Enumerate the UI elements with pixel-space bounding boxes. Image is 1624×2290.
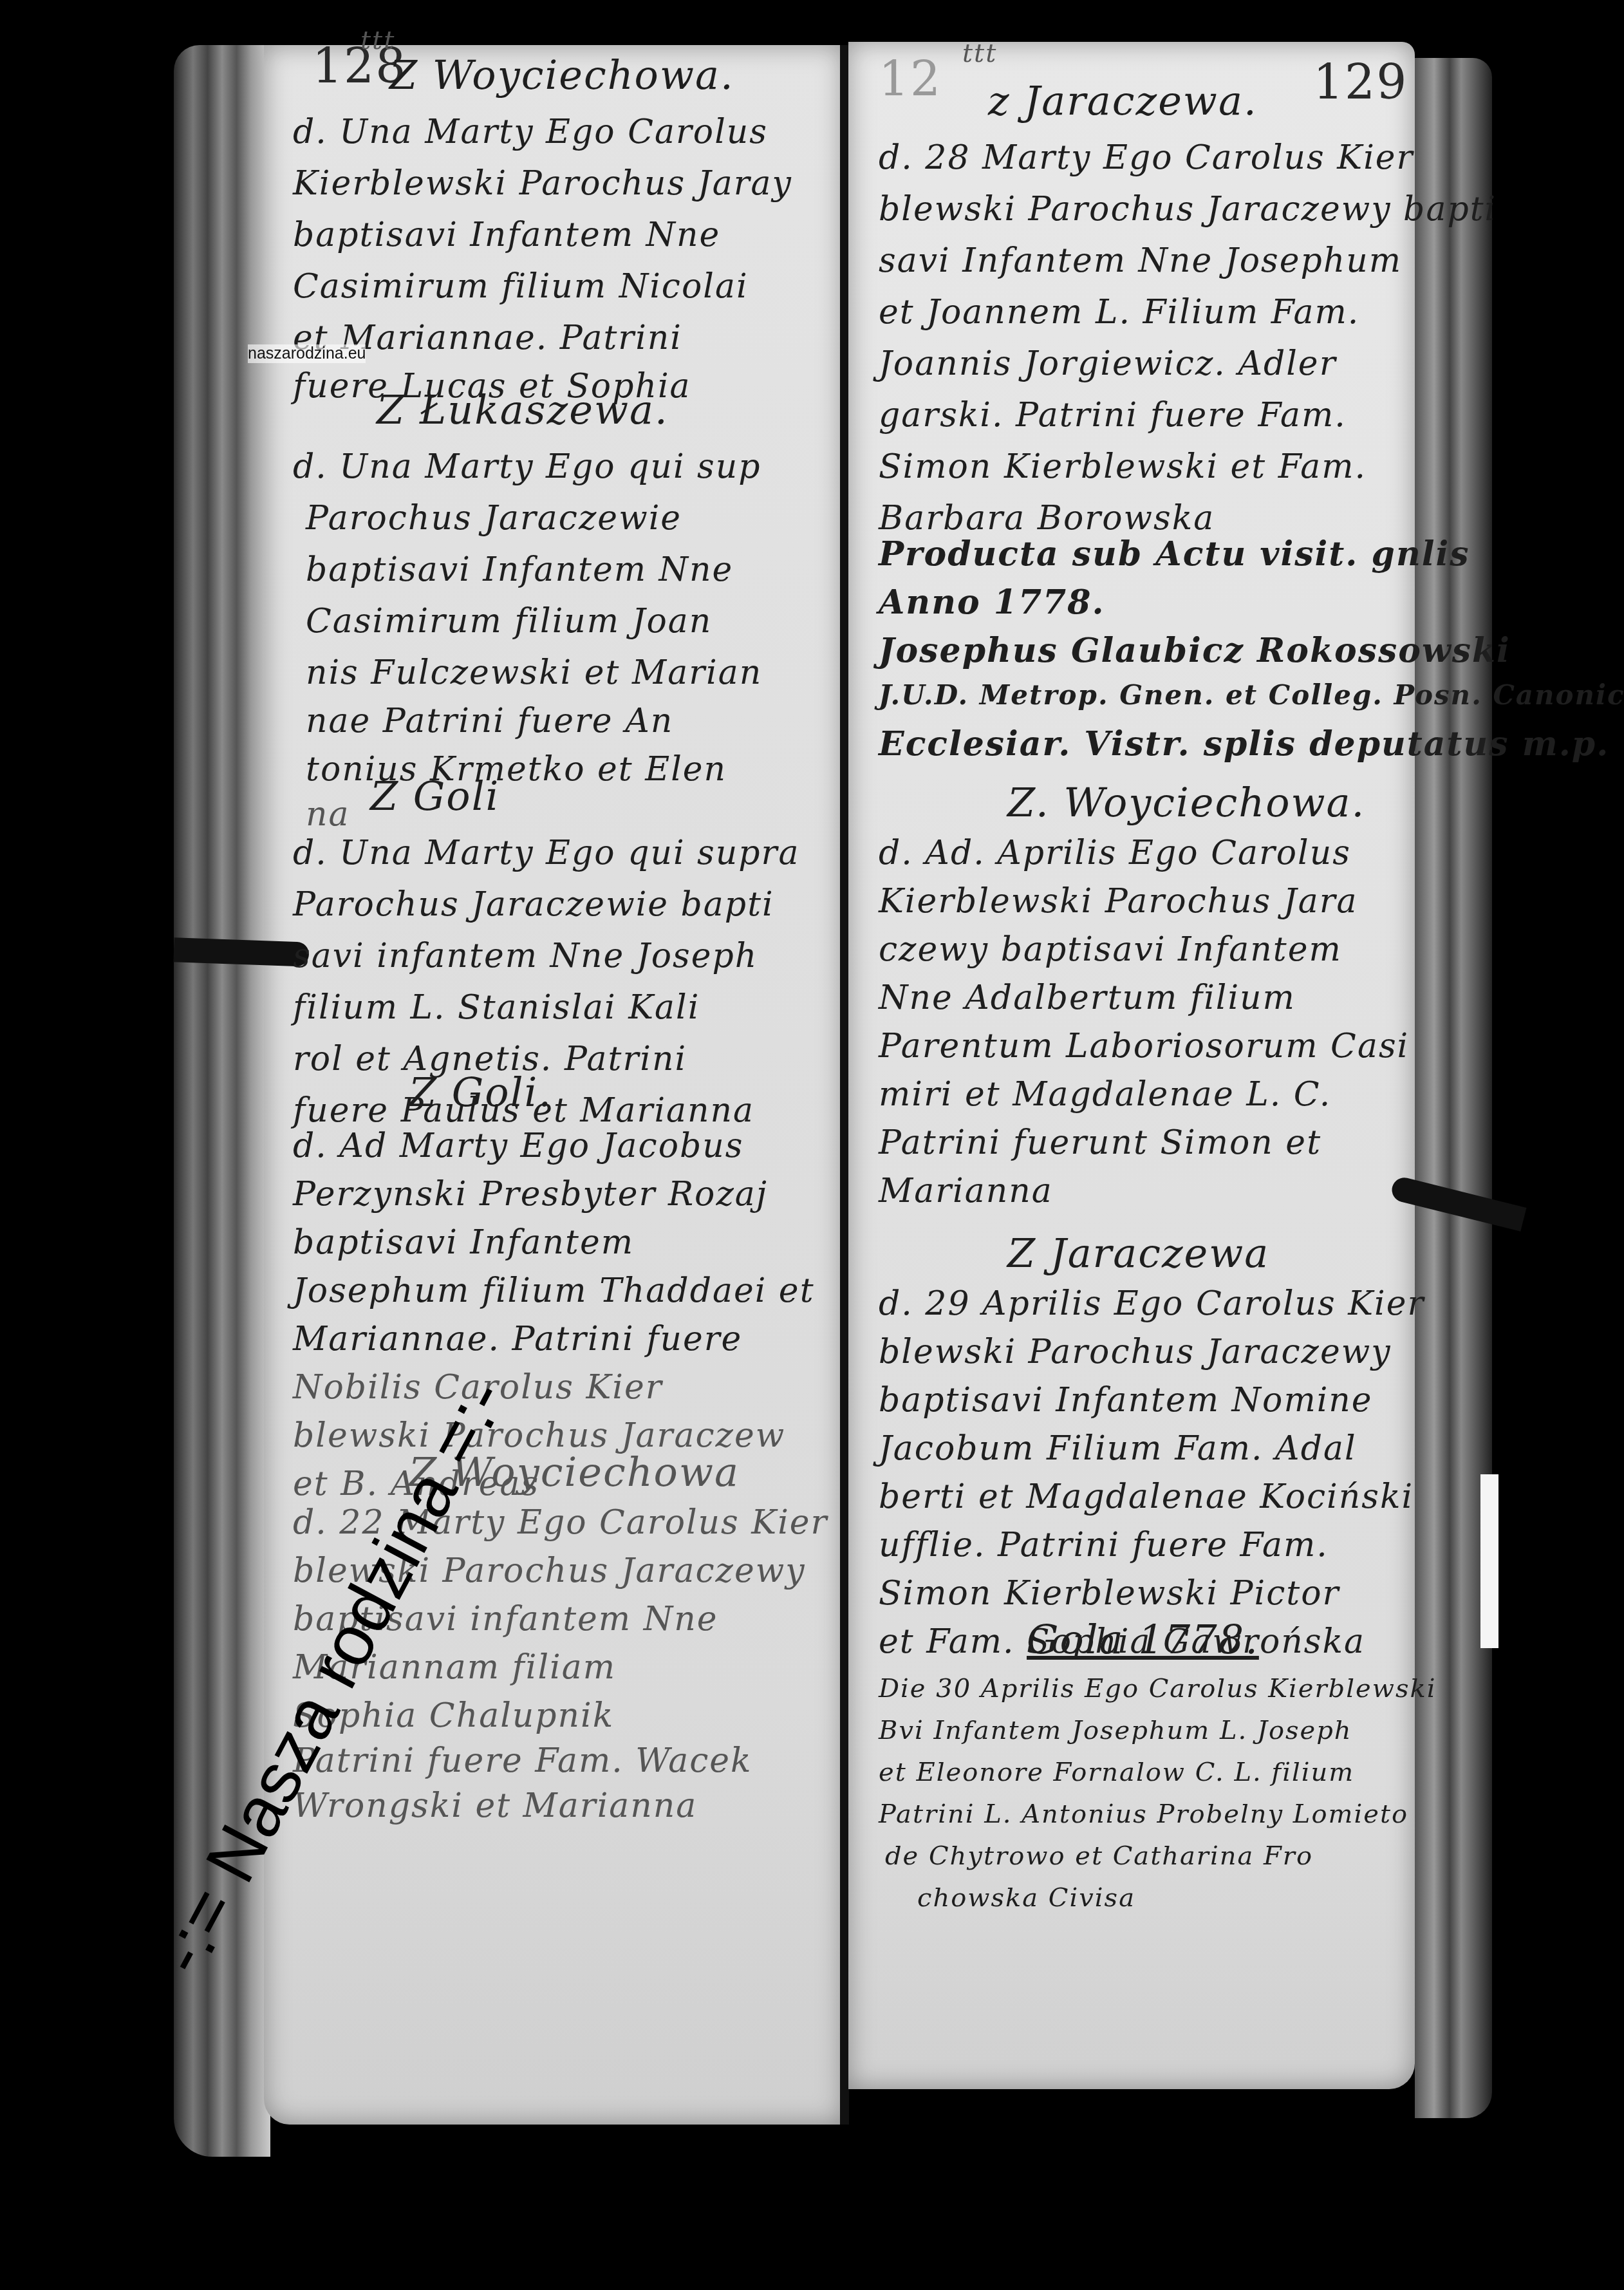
entry-line: Parentum Laboriosorum Casi <box>879 1027 1409 1065</box>
visitation-line: Ecclesiar. Vistr. splis deputatus m.p. <box>879 724 1609 764</box>
entry-line: czewy baptisavi Infantem <box>879 930 1342 969</box>
entry-heading: Z Goli. <box>409 1069 552 1116</box>
top-mark-right: ttt <box>962 39 997 68</box>
entry-line: Parochus Jaraczewie <box>306 499 682 538</box>
entry-line: baptisavi Infantem Nomine <box>879 1381 1373 1420</box>
entry-heading: Z Łukaszewa. <box>377 386 669 433</box>
entry-line: miri et Magdalenae L. C. <box>879 1075 1331 1114</box>
entry-heading: Z Woyciechowa. <box>389 52 734 99</box>
entry-line: Simon Kierblewski Pictor <box>879 1574 1339 1613</box>
entry-line: Barbara Borowska <box>879 499 1215 538</box>
entry-line: garski. Patrini fuere Fam. <box>879 396 1347 435</box>
watermark-site: naszarodzina.eu <box>248 344 366 363</box>
entry-line: Bvi Infantem Josephum L. Joseph <box>879 1716 1352 1745</box>
entry-line: d. Una Marty Ego qui sup <box>293 447 761 486</box>
entry-line: filium L. Stanislai Kali <box>293 988 700 1027</box>
entry-heading: Z. Woyciechowa. <box>1007 779 1365 826</box>
paper-tab <box>1480 1474 1498 1648</box>
entry-line: et Eleonore Fornalow C. L. filium <box>879 1758 1354 1787</box>
entry-line: Patrini fuere Fam. Wacek <box>293 1741 752 1780</box>
visitation-line: Producta sub Actu visit. gnlis <box>879 534 1470 574</box>
entry-line: ufflie. Patrini fuere Fam. <box>879 1526 1329 1564</box>
entry-line: chowska Civisa <box>917 1883 1135 1913</box>
pointer-marker-left <box>173 937 309 966</box>
entry-line: blewski Parochus Jaraczewy <box>879 1333 1392 1371</box>
entry-heading: Gola 1778. <box>1027 1616 1259 1663</box>
entry-line: Casimirum filium Joan <box>306 602 712 641</box>
visitation-line: Josephus Glaubicz Rokossowski <box>879 631 1511 670</box>
entry-line: na <box>306 795 350 834</box>
entry-line: Kierblewski Parochus Jaray <box>293 164 792 203</box>
entry-line: Kierblewski Parochus Jara <box>879 882 1358 921</box>
entry-line: Casimirum filium Nicolai <box>293 267 749 306</box>
entry-line: Simon Kierblewski et Fam. <box>879 447 1367 486</box>
entry-line: berti et Magdalenae Kociński <box>879 1478 1414 1516</box>
entry-line: baptisavi Infantem Nne <box>306 550 733 589</box>
entry-line: Wrongski et Marianna <box>293 1787 697 1825</box>
entry-heading: Z Jaraczewa <box>1007 1230 1269 1277</box>
entry-line: nae Patrini fuere An <box>306 702 673 740</box>
page-number-right: 129 <box>1313 55 1408 110</box>
entry-line: d. Ad. Aprilis Ego Carolus <box>879 834 1351 872</box>
entry-line: Josephum filium Thaddaei et <box>293 1272 815 1310</box>
book-gutter <box>840 45 849 2125</box>
entry-line: Joannis Jorgiewicz. Adler <box>879 344 1337 383</box>
entry-line: Patrini fuerunt Simon et <box>879 1123 1321 1162</box>
entry-line: Marianna <box>879 1172 1053 1210</box>
entry-line: Parochus Jaraczewie bapti <box>293 885 774 924</box>
entry-line: Perzynski Presbyter Rozaj <box>293 1175 768 1214</box>
entry-line: d. 28 Marty Ego Carolus Kier <box>879 138 1414 177</box>
entry-heading: z Jaraczewa. <box>988 77 1258 124</box>
faint-page-number: 12 <box>879 52 942 107</box>
entry-line: savi Infantem Nne Josephum <box>879 241 1402 280</box>
visitation-line: Anno 1778. <box>879 583 1105 622</box>
entry-line: d. 29 Aprilis Ego Carolus Kier <box>879 1284 1424 1323</box>
visitation-line: J.U.D. Metrop. Gnen. et Colleg. Posn. Ca… <box>879 679 1624 711</box>
entry-line: d. Una Marty Ego Carolus <box>293 113 768 151</box>
entry-line: Jacobum Filium Fam. Adal <box>879 1429 1357 1468</box>
entry-line: Mariannae. Patrini fuere <box>293 1320 742 1358</box>
entry-line: Die 30 Aprilis Ego Carolus Kierblewski <box>879 1674 1437 1703</box>
entry-line: Patrini L. Antonius Probelny Lomieto <box>879 1799 1408 1829</box>
entry-line: baptisavi Infantem Nne <box>293 216 720 254</box>
entry-line: savi infantem Nne Joseph <box>293 937 758 975</box>
entry-line: nis Fulczewski et Marian <box>306 653 762 692</box>
entry-line: et Joannem L. Filium Fam. <box>879 293 1359 332</box>
entry-line: d. Una Marty Ego qui supra <box>293 834 799 872</box>
entry-line: blewski Parochus Jaraczewy bapti <box>879 190 1497 229</box>
book-edge-right <box>1415 58 1492 2118</box>
entry-line: tonius Krmetko et Elen <box>306 750 727 789</box>
entry-heading: Z Goli <box>370 773 499 820</box>
entry-line: Nne Adalbertum filium <box>879 979 1296 1017</box>
entry-line: d. Ad Marty Ego Jacobus <box>293 1127 743 1165</box>
entry-line: baptisavi Infantem <box>293 1223 634 1262</box>
entry-line: de Chytrowo et Catharina Fro <box>885 1841 1313 1871</box>
